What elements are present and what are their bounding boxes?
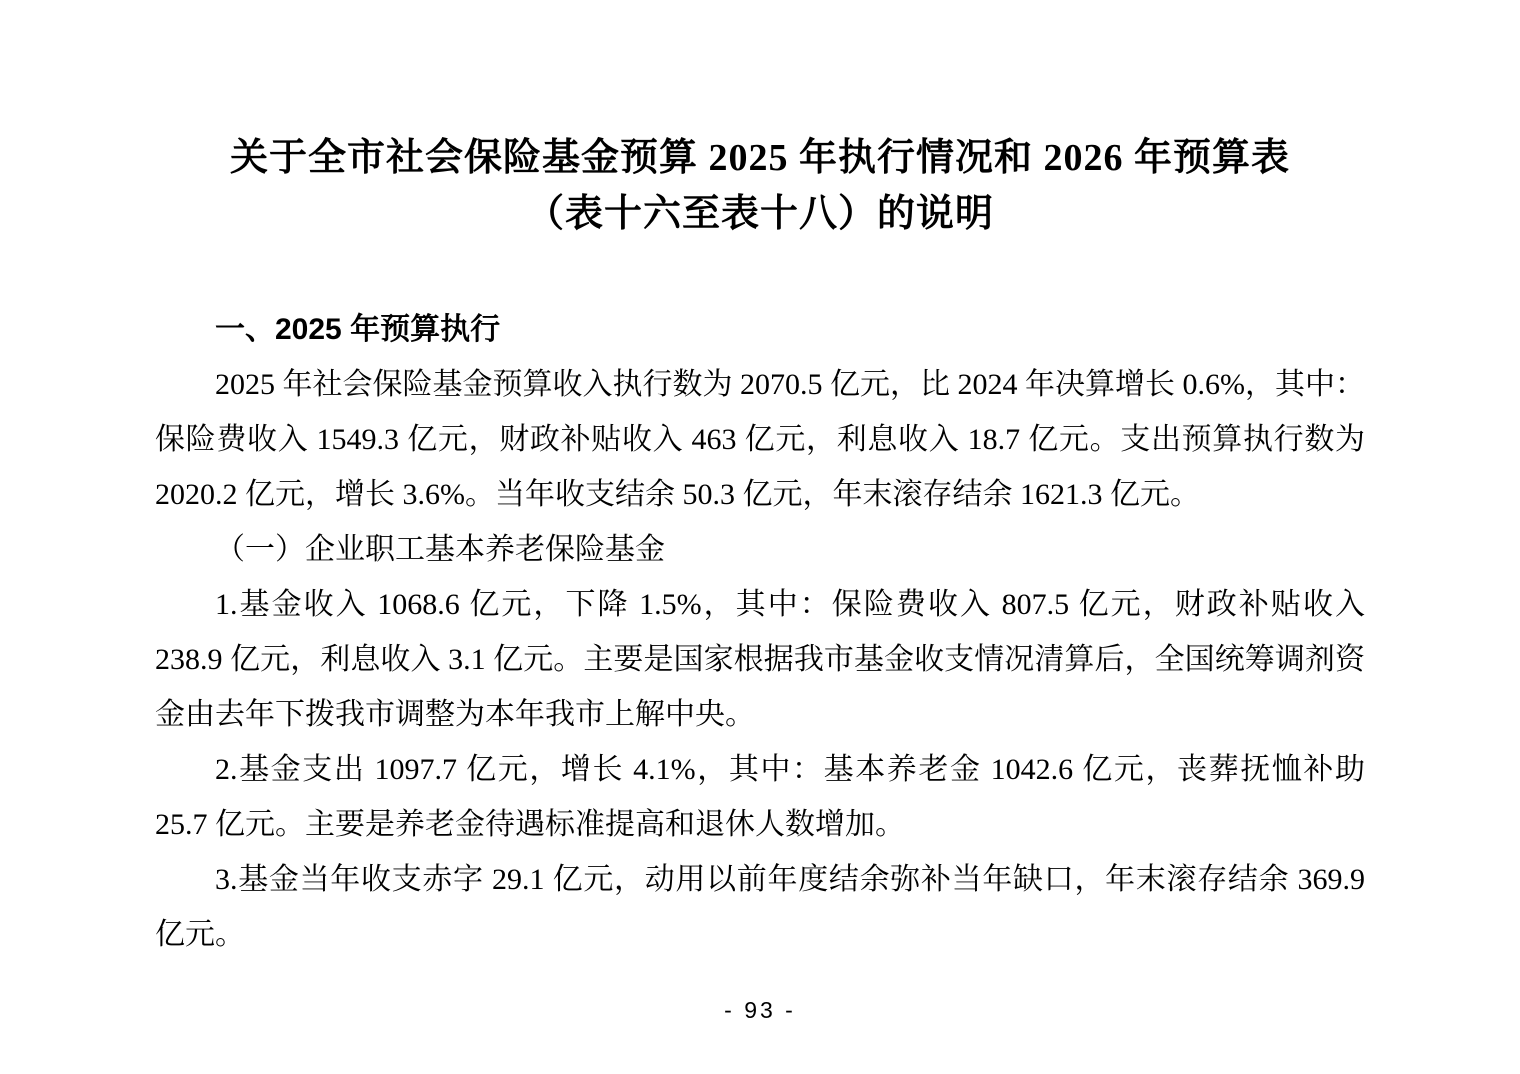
document-title-line-2: （表十六至表十八）的说明 <box>155 186 1365 242</box>
page-number: - 93 - <box>0 997 1520 1024</box>
document-page: 关于全市社会保险基金预算 2025 年执行情况和 2026 年预算表 （表十六至… <box>0 0 1520 1074</box>
paragraph-fund-deficit: 3.基金当年收支赤字 29.1 亿元，动用以前年度结余弥补当年缺口，年末滚存结余… <box>155 852 1365 962</box>
document-title: 关于全市社会保险基金预算 2025 年执行情况和 2026 年预算表 （表十六至… <box>155 130 1365 242</box>
paragraph-budget-execution-summary: 2025 年社会保险基金预算收入执行数为 2070.5 亿元，比 2024 年决… <box>155 357 1365 522</box>
document-content: 关于全市社会保险基金预算 2025 年执行情况和 2026 年预算表 （表十六至… <box>0 0 1520 962</box>
paragraph-fund-expenditure: 2.基金支出 1097.7 亿元，增长 4.1%，其中：基本养老金 1042.6… <box>155 742 1365 852</box>
subsection-heading-pension-fund: （一）企业职工基本养老保险基金 <box>155 522 1365 577</box>
section-heading-budget-execution: 一、2025 年预算执行 <box>155 302 1365 357</box>
paragraph-fund-income: 1.基金收入 1068.6 亿元，下降 1.5%，其中：保险费收入 807.5 … <box>155 577 1365 742</box>
document-title-line-1: 关于全市社会保险基金预算 2025 年执行情况和 2026 年预算表 <box>155 130 1365 186</box>
